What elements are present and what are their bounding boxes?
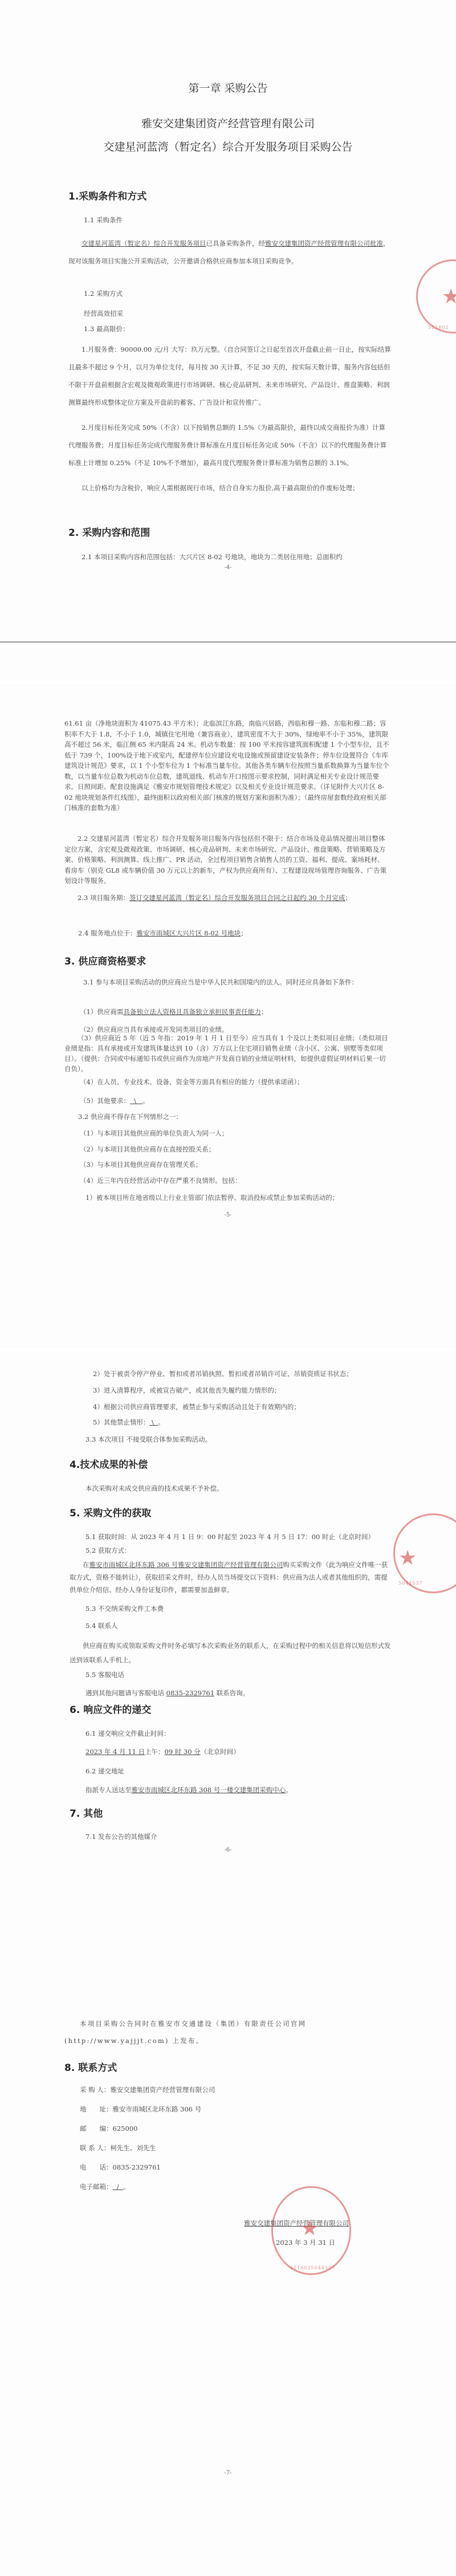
contact-row: 电子邮箱： / 。 bbox=[80, 2181, 215, 2200]
text: 上午： bbox=[145, 1748, 165, 1756]
seal-star-icon: ★ bbox=[300, 2219, 319, 2239]
s6-1-deadline: 2023 年 4 月 11 日上午：09 时 30 分（北京时间） bbox=[85, 1746, 240, 1757]
s5-5-text: 遇到其他问题请与客服电话 0835-2329761 联系咨询。 bbox=[85, 1687, 249, 1699]
text: 指派专人送达至 bbox=[85, 1786, 132, 1794]
text: 5）其他禁止情形： bbox=[93, 1418, 149, 1426]
s5-2-label: 5.2 获取方式： bbox=[85, 1545, 131, 1556]
section-4-heading: 4.技术成果的补偿 bbox=[70, 1456, 148, 1471]
page-7: 本项目采购公告同时在雅安市交通建设（集团）有限责任公司官网(http://www… bbox=[0, 1898, 456, 2576]
contact-label: 地 址： bbox=[80, 2105, 113, 2113]
text: ； bbox=[345, 894, 352, 902]
contact-row: 联 系 人：柯先生、刘先生 bbox=[80, 2142, 215, 2162]
contact-value: 柯先生、刘先生 bbox=[110, 2144, 156, 2152]
contact-label: 邮 编： bbox=[80, 2125, 113, 2133]
document-title: 交建星河蓝湾（暂定名）综合开发服务项目采购公告 bbox=[0, 139, 456, 154]
text: 2.4 服务地点位于： bbox=[78, 929, 136, 937]
req-1: （1）供应商需具备独立法人资格且具备独立承担民事责任能力； bbox=[80, 1006, 267, 1018]
seal-code: 5044537 bbox=[398, 1581, 423, 1586]
s2-1-text-cont: 61.61 亩（净地块面积为 41075.43 平方米）；北临滨江东路，南临兴居… bbox=[64, 718, 389, 813]
s2-4-text: 2.4 服务地点位于：雅安市雨城区大兴片区 8-02 号地块； bbox=[78, 927, 247, 939]
s5-2-text: 在雅安市雨城区北环东路 306 号雅安交建集团资产经营管理有限公司购买采购文件（… bbox=[70, 1558, 392, 1596]
sub-exclusion-2: 2）处于被责令停产停业、暂扣或者吊销执照、暂扣或者吊销许可证、吊销资质证书状态； bbox=[93, 1368, 353, 1379]
purchase-address: 雅安市雨城区北环东路 306 号雅安交建集团资产经营管理有限公司 bbox=[89, 1561, 283, 1569]
fee-item-2: 2.月度目标任务完成 50%（不含）以下按销售总额的 1.5%（为最高限价，最终… bbox=[68, 419, 391, 472]
text: \ bbox=[149, 1418, 158, 1426]
contact-list: 采 购 人：雅安交建集团资产经营管理有限公司 地 址：雅安市雨城区北环东路 30… bbox=[80, 2084, 215, 2200]
section-8-heading: 8. 联系方式 bbox=[64, 2060, 117, 2074]
contact-label: 电子邮箱： bbox=[80, 2183, 113, 2191]
seal-star-icon: ★ bbox=[398, 1548, 417, 1569]
section-6-heading: 6. 响应文件的递交 bbox=[70, 1702, 151, 1716]
page-divider bbox=[0, 641, 456, 643]
section-1-heading: 1.采购条件和方式 bbox=[68, 188, 146, 202]
s4-text: 本次采购对未成交供应商的技术成果不予补偿。 bbox=[85, 1483, 223, 1494]
s6-2-address: 指派专人送达至雅安市雨城区北环东路 308 号一楼交建集团采购中心。 bbox=[85, 1784, 292, 1796]
req-4: （4）在人员、专业技术、设备、资金等方面具有相应的能力（提供承诺函）； bbox=[80, 1076, 304, 1088]
contact-value: / bbox=[113, 2183, 124, 2191]
seal-code: 5118025044537 bbox=[290, 2265, 335, 2270]
deadline-date: 2023 年 4 月 11 日 bbox=[85, 1748, 145, 1756]
s5-3-text: 5.3 不交纳采购文件工本费 bbox=[85, 1603, 164, 1614]
s3-3-text: 3.3 本次项目 不接受联合体参加采购活动。 bbox=[85, 1434, 211, 1445]
text: 联系咨询。 bbox=[214, 1689, 249, 1697]
req-5: （5）其他要求： \ 。 bbox=[80, 1095, 149, 1106]
contact-label: 电 话： bbox=[80, 2163, 113, 2171]
s5-5-label: 5.5 客服电话 bbox=[85, 1669, 124, 1680]
text: 。 bbox=[142, 1097, 149, 1105]
s2-2-text: 2.2 交建星河蓝湾（暂定名）综合开发服务项目服务内容包括但不限于：结合市场及竞… bbox=[64, 833, 389, 886]
s2-3-text: 2.3 项目服务期：签订交建星河蓝湾（暂定名）综合开发服务项目合同之日起约 30… bbox=[64, 889, 389, 906]
text: 。 bbox=[158, 1418, 165, 1426]
page-number: -4- bbox=[0, 564, 456, 571]
text: 2.3 项目服务期： bbox=[78, 894, 129, 902]
text: 已具备采购条件，经 bbox=[206, 239, 266, 247]
s1-1-label: 1.1 采购条件 bbox=[84, 214, 123, 226]
text: 在 bbox=[83, 1561, 89, 1569]
s7-text: 本项目采购公告同时在雅安市交通建设（集团）有限责任公司官网(http://www… bbox=[64, 2015, 389, 2049]
text: （5）其他要求： bbox=[80, 1097, 130, 1105]
req-3: （3）供应商近 5 年（近 5 年指：2019 年 1 月 1 日至今）应当具有… bbox=[64, 1033, 389, 1074]
price-note: 以上价格均为含税价，响应人需根据现行市场，结合自身实力报价,高于最高限价的作废标… bbox=[68, 482, 391, 494]
contact-value: 雅安市雨城区北环东路 306 号 bbox=[113, 2105, 202, 2113]
project-name: 交建星河蓝湾（暂定名）综合开发服务项目 bbox=[82, 239, 206, 247]
contact-row: 电 话：0835-2329761 bbox=[80, 2162, 215, 2181]
s5-4-label: 5.4 联系人 bbox=[85, 1620, 117, 1631]
fee-item-1: 1.月服务费：90000.00 元/月 大写：玖万元整。（自合同签订之日起至首次… bbox=[68, 341, 391, 412]
text: （1）供应商需 bbox=[80, 1008, 123, 1016]
section-3-heading: 3. 供应商资格要求 bbox=[64, 953, 146, 967]
contact-value: 625000 bbox=[113, 2125, 138, 2133]
text: 。 bbox=[286, 1786, 292, 1794]
section-2-heading: 2. 采购内容和范围 bbox=[68, 524, 150, 539]
section-5-heading: 5. 采购文件的获取 bbox=[70, 1505, 151, 1519]
page-number: -5- bbox=[0, 1212, 456, 1218]
s5-4-text: 供应商在购买或领取采购文件时务必填写本次采购业务的联系人，在采购过程中的相关信息… bbox=[70, 1639, 392, 1667]
company-seal: ★ 511802 bbox=[416, 259, 456, 333]
text: ； bbox=[241, 929, 247, 937]
text: ； bbox=[261, 1008, 268, 1016]
s1-3-label: 1.3 最高限价： bbox=[84, 323, 129, 335]
hotline-phone: 0835-2329761 bbox=[166, 1689, 214, 1697]
company-seal: ★ 5044537 bbox=[393, 1513, 456, 1593]
contact-value: 0835-2329761 bbox=[113, 2163, 161, 2171]
page-6: 2）处于被责令停产停业、暂扣或者吊销执照、暂扣或者吊销许可证、吊销资质证书状态；… bbox=[0, 1351, 456, 1898]
page-number: -6- bbox=[0, 1847, 456, 1853]
exclusion-2: （2）与本项目其他供应商存在直接控股关系； bbox=[80, 1143, 215, 1155]
page-4: 第一章 采购公告 雅安交建集团资产经营管理有限公司 交建星河蓝湾（暂定名）综合开… bbox=[0, 0, 456, 681]
sub-exclusion-1: 1）被本项目所在地省级以上行业主管部门依法暂停、取消投标或禁止参加采购活动的； bbox=[85, 1192, 339, 1203]
section-7-heading: 7. 其他 bbox=[70, 1805, 103, 1820]
exclusion-4: （4）近三年内在经营活动中存在严重不良情形。包括： bbox=[80, 1175, 241, 1186]
contact-label: 采 购 人： bbox=[80, 2086, 110, 2094]
s7-1-label: 7.1 发布公告的其他媒介 bbox=[85, 1831, 157, 1842]
s3-1-text: 3.1 参与本项目采购活动的供应商应当是中华人民共和国境内的法人。同时还应具备如… bbox=[70, 975, 389, 990]
contact-row: 邮 编：625000 bbox=[80, 2123, 215, 2142]
s1-2-value: 经营高效招采 bbox=[84, 308, 123, 319]
s1-1-text: 交建星河蓝湾（暂定名）综合开发服务项目已具备采购条件，经雅安交建集团资产经营管理… bbox=[68, 235, 391, 270]
contact-row: 地 址：雅安市雨城区北环东路 306 号 bbox=[80, 2103, 215, 2123]
contact-label: 联 系 人： bbox=[80, 2144, 110, 2152]
service-period: 签订交建星河蓝湾（暂定名）综合开发服务项目合同之日起约 30 个月完成 bbox=[129, 894, 345, 902]
s2-1-text-start: 2.1 本项目采购内容和范围包括：大兴片区 8-02 号地块，地块为二类居住用地… bbox=[68, 551, 391, 563]
page-number: -7- bbox=[0, 2470, 456, 2476]
s6-2-label: 6.2 递交地址 bbox=[85, 1765, 124, 1777]
s5-1-text: 5.1 获取时间：从 2023 年 4 月 1 日 9：00 时起至 2023 … bbox=[85, 1531, 374, 1543]
text: （北京时间） bbox=[201, 1748, 240, 1756]
approver: 雅安交建集团资产经营管理有限公司批准 bbox=[265, 239, 383, 247]
s1-2-label: 1.2 采购方式 bbox=[84, 288, 123, 299]
s6-1-label: 6.1 递交响应文件截止时间： bbox=[85, 1728, 170, 1739]
text: \ bbox=[130, 1097, 142, 1105]
sub-exclusion-4: 4）根据公司供应商管理要求，被禁止参与采购活动且处于有效期内的； bbox=[93, 1401, 300, 1413]
seal-code: 511802 bbox=[428, 325, 449, 330]
contact-row: 采 购 人：雅安交建集团资产经营管理有限公司 bbox=[80, 2084, 215, 2103]
contact-value: 雅安交建集团资产经营管理有限公司 bbox=[110, 2086, 215, 2094]
service-location: 雅安市雨城区大兴片区 8-02 号地块 bbox=[136, 929, 241, 937]
sub-exclusion-5: 5）其他禁止情形： \ 。 bbox=[93, 1417, 165, 1428]
seal-star-icon: ★ bbox=[442, 287, 456, 307]
chapter-title: 第一章 采购公告 bbox=[0, 80, 456, 95]
page-5: 61.61 亩（净地块面积为 41075.43 平方米）；北临滨江东路，南临兴居… bbox=[0, 684, 456, 1348]
s3-2-text: 3.2 供应商不得存在下列情形之一： bbox=[78, 1111, 182, 1122]
sub-exclusion-3: 3）进入清算程序，或被宣告破产，或其他丧失履约能力情形的； bbox=[93, 1385, 280, 1396]
deadline-time: 09 时 30 分 bbox=[165, 1748, 201, 1756]
exclusion-3: （3）与本项目其他供应商存在管理关系； bbox=[80, 1159, 202, 1170]
company-seal: ★ 5118025044537 bbox=[271, 2186, 351, 2275]
submit-address: 雅安市雨城区北环东路 308 号一楼交建集团采购中心 bbox=[132, 1786, 286, 1794]
exclusion-1: （1）与本项目其他供应商的单位负责人为同一人； bbox=[80, 1128, 228, 1139]
text: 遇到其他问题请与客服电话 bbox=[85, 1689, 166, 1697]
text: 具备独立法人资格且具备独立承担民事责任能力 bbox=[123, 1008, 261, 1016]
text: 。 bbox=[123, 2183, 130, 2191]
company-title: 雅安交建集团资产经营管理有限公司 bbox=[0, 115, 456, 131]
